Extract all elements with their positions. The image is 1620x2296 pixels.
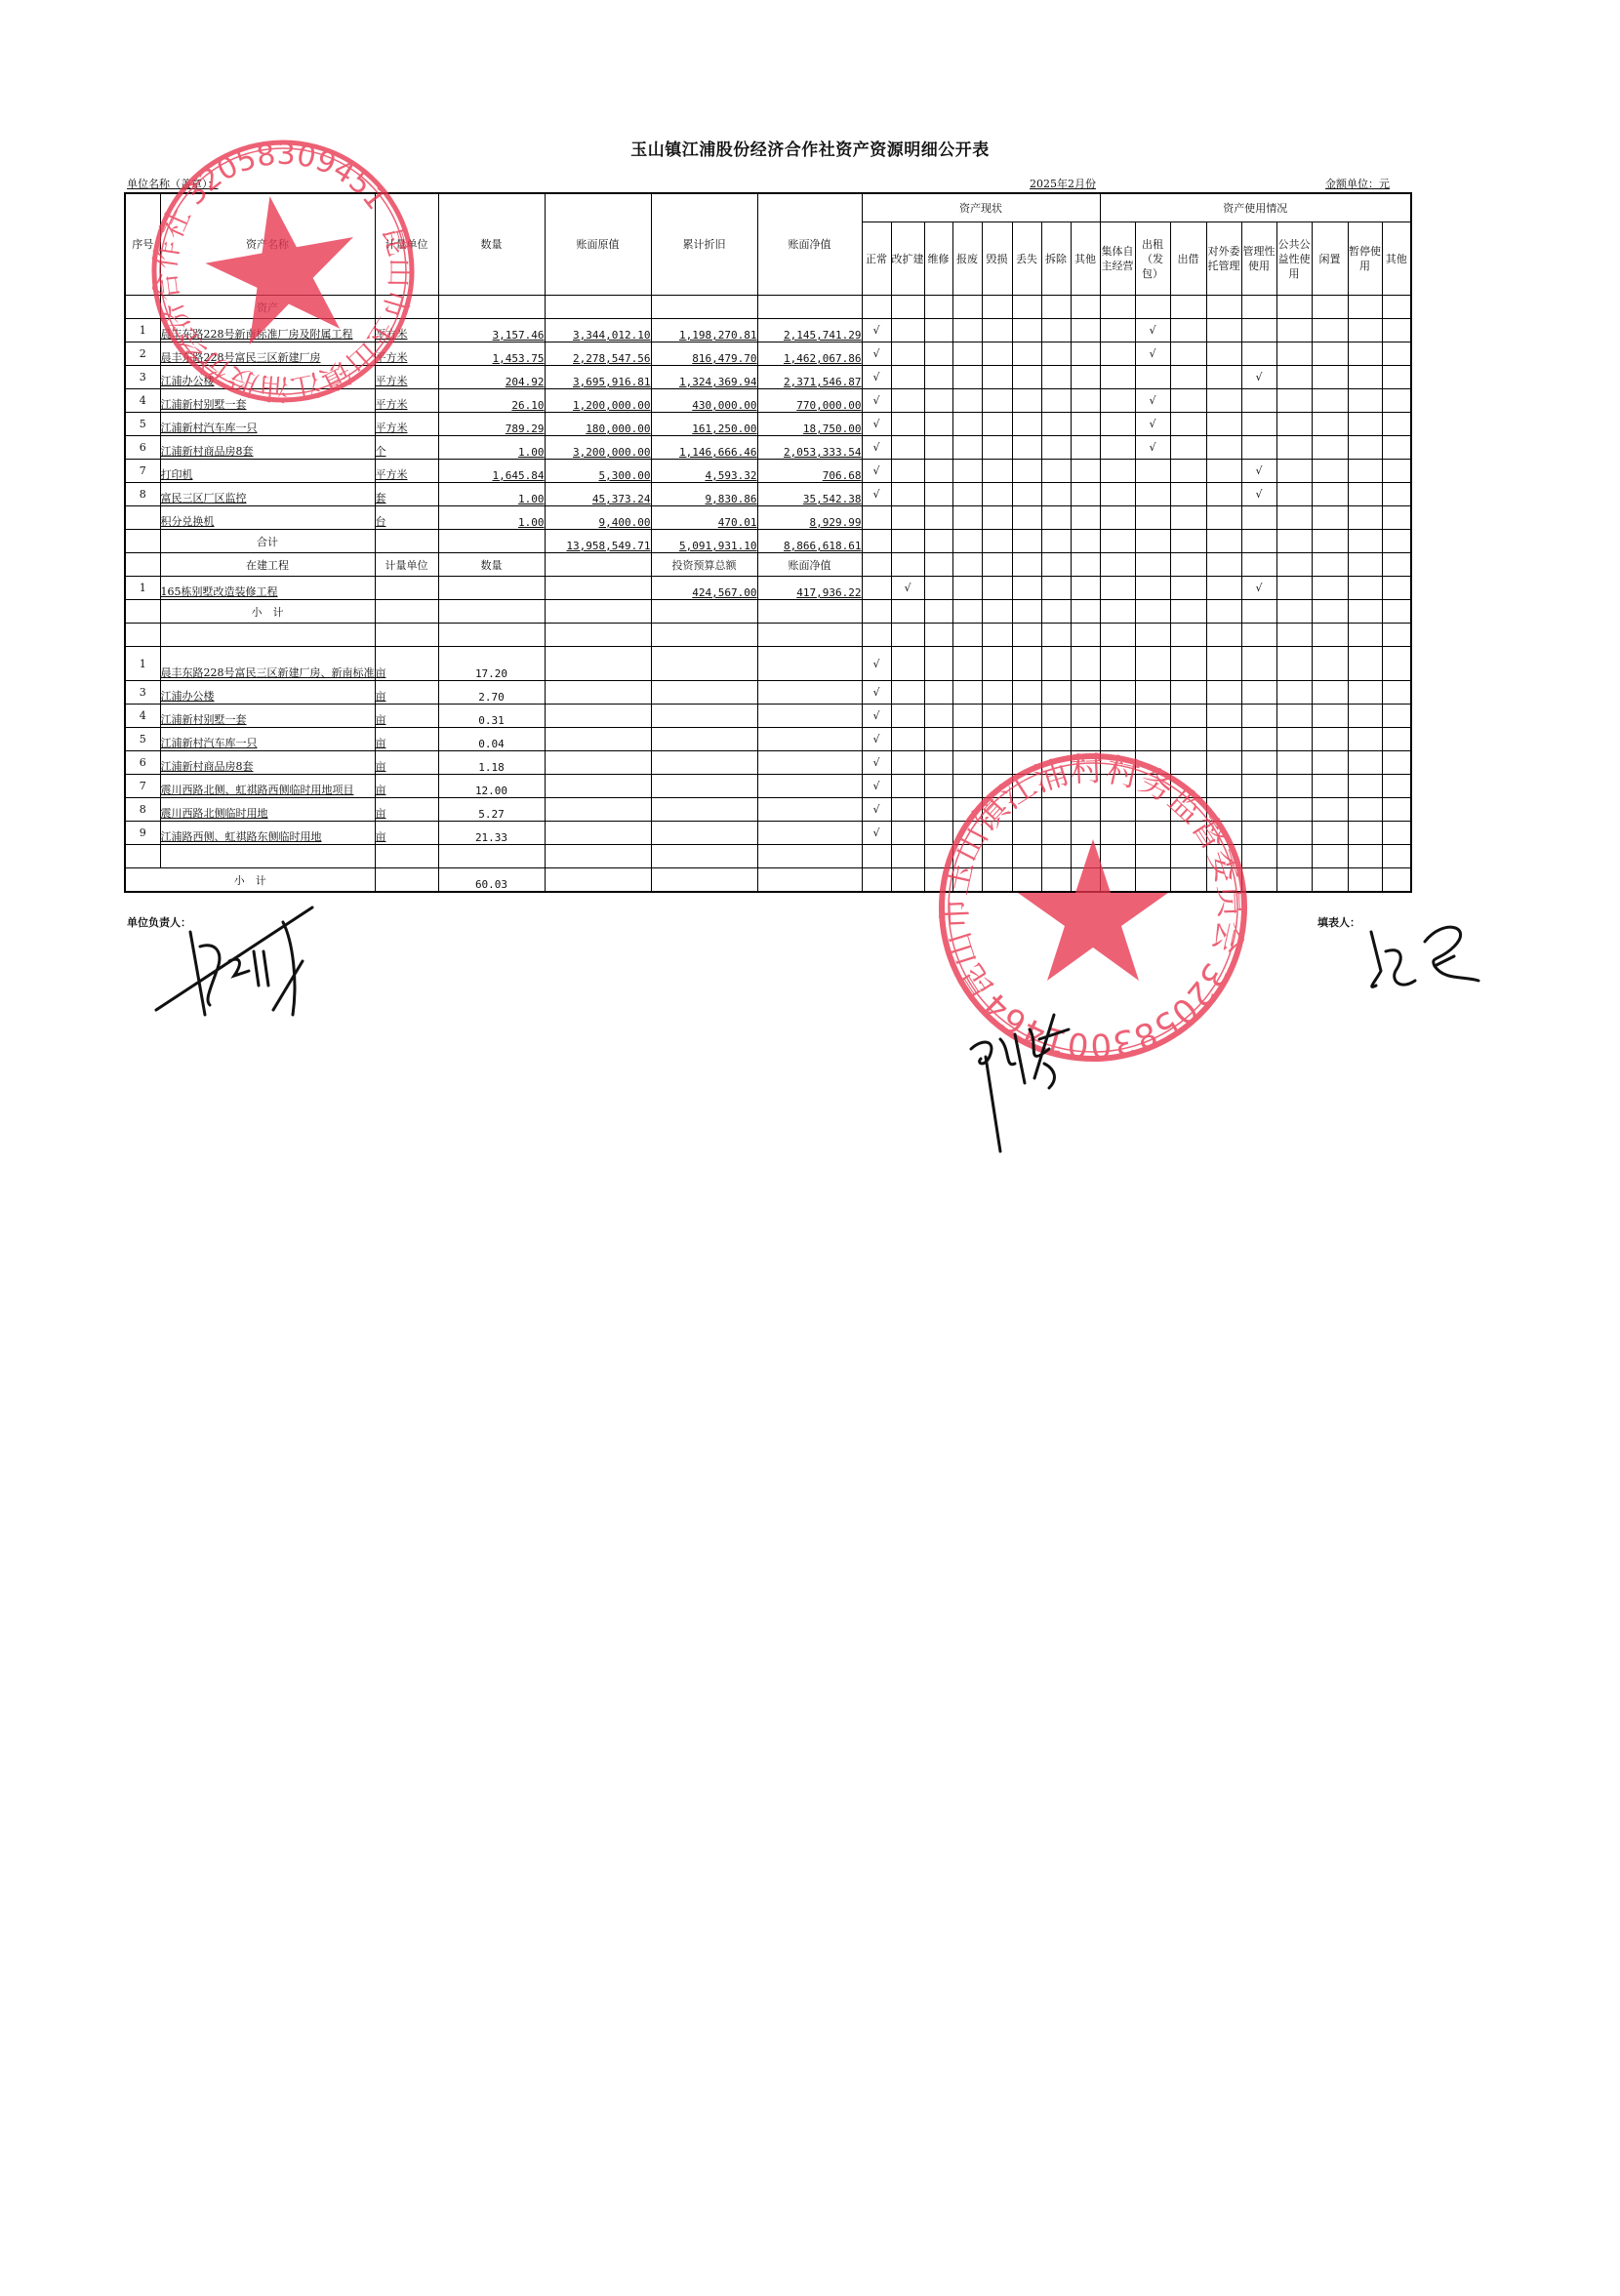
usage-check-cell [1170,436,1206,460]
usage-check-cell [1100,342,1135,366]
empty-cell [651,624,757,647]
empty-cell [438,600,545,624]
orig-value-cell: 3,200,000.00 [545,436,651,460]
qty-cell [438,577,545,600]
table-row: 3江浦办公楼亩2.70√ [125,681,1411,705]
usage-check-cell [1206,436,1241,460]
usage-check-cell [1241,822,1276,845]
table-body: 资产1晨丰东路228号新南标准厂房及附属工程平方米3,157.463,344,0… [125,296,1411,893]
status-check-cell [924,577,952,600]
orig-value-cell: 180,000.00 [545,413,651,436]
usage-check-cell [1100,728,1135,751]
unit-cell: 平方米 [375,460,438,483]
usage-check-cell [1206,389,1241,413]
usage-check-cell [1135,705,1170,728]
seq-cell: 7 [125,460,160,483]
depreciation-cell: 1,324,369.94 [651,366,757,389]
status-check-cell [1071,553,1100,577]
status-check-cell [952,506,982,530]
usage-check-cell [1382,530,1411,553]
usage-check-cell [1206,530,1241,553]
usage-check-cell [1276,822,1312,845]
empty-cell [375,624,438,647]
status-check-cell [924,436,952,460]
usage-check-cell [1348,506,1382,530]
usage-check-cell [1348,845,1382,868]
usage-check-cell [1170,681,1206,705]
empty-cell [651,822,757,845]
usage-check-cell [1135,296,1170,319]
seq-cell: 8 [125,798,160,822]
usage-check-cell [1241,319,1276,342]
status-check-cell [982,577,1012,600]
empty-cell [375,600,438,624]
status-check-cell [952,366,982,389]
usage-check-cell [1276,483,1312,506]
status-check-cell [952,460,982,483]
usage-check-cell [1312,751,1348,775]
usage-check-cell [1382,506,1411,530]
status-check-cell [982,624,1012,647]
status-check-cell [891,775,924,798]
status-check-cell [982,413,1012,436]
orig-value-cell: 3,695,916.81 [545,366,651,389]
empty-cell [160,624,375,647]
table-row: 7震川西路北侧、虹祺路西侧临时用地项目亩12.00√ [125,775,1411,798]
net-value-cell: 770,000.00 [757,389,862,413]
usage-check-cell [1382,366,1411,389]
usage-check-cell [1276,530,1312,553]
filler-signature [1357,912,1483,1000]
usage-check-cell [1276,681,1312,705]
status-check-cell: √ [862,822,891,845]
usage-check-cell [1312,775,1348,798]
table-row: 6江浦新村商品房8套个1.003,200,000.001,146,666.462… [125,436,1411,460]
status-check-cell [1071,868,1100,893]
usage-check-cell: √ [1135,436,1170,460]
status-check-cell [1012,577,1041,600]
status-check-cell [924,553,952,577]
usage-check-cell [1135,553,1170,577]
status-check-cell [891,530,924,553]
usage-check-cell [1312,506,1348,530]
depreciation-cell: 816,479.70 [651,342,757,366]
usage-check-cell [1100,845,1135,868]
empty-cell [651,751,757,775]
qty-cell: 1,645.84 [438,460,545,483]
status-check-cell [1041,647,1071,681]
usage-check-cell [1135,868,1170,893]
usage-check-cell [1312,483,1348,506]
status-check-cell [1041,436,1071,460]
usage-check-cell [1382,389,1411,413]
status-check-cell [1012,389,1041,413]
status-check-cell [1071,624,1100,647]
status-check-cell [982,822,1012,845]
empty-cell [125,624,160,647]
status-col-header: 正常 [862,222,891,296]
land-name-cell: 晨丰东路228号富民三区新建厂房、新南标准厂房及附属工程 [160,647,375,681]
usage-check-cell [1100,413,1135,436]
status-check-cell: √ [862,460,891,483]
status-col-header: 拆除 [1041,222,1071,296]
usage-check-cell [1100,530,1135,553]
usage-check-cell [1241,389,1276,413]
col-seq: 序号 [125,193,160,296]
qty-cell: 1.00 [438,436,545,460]
status-check-cell [862,577,891,600]
usage-check-cell [1276,436,1312,460]
status-check-cell [1041,530,1071,553]
usage-check-cell: √ [1241,577,1276,600]
seq-cell: 4 [125,389,160,413]
empty-cell [757,647,862,681]
status-check-cell [982,319,1012,342]
col-name: 资产名称 [160,193,375,296]
status-check-cell [1071,413,1100,436]
status-check-cell [924,647,952,681]
status-check-cell [1012,553,1041,577]
status-check-cell [891,705,924,728]
usage-check-cell [1348,600,1382,624]
status-check-cell [1041,775,1071,798]
empty-cell [757,845,862,868]
qty-cell: 21.33 [438,822,545,845]
usage-check-cell: √ [1135,389,1170,413]
status-check-cell [891,751,924,775]
usage-check-cell [1348,751,1382,775]
usage-check-cell [1206,319,1241,342]
qty-cell: 1.18 [438,751,545,775]
usage-check-cell [1348,577,1382,600]
status-check-cell [982,342,1012,366]
usage-check-cell [1241,775,1276,798]
usage-check-cell [1312,845,1348,868]
table-row: 小 计 [125,600,1411,624]
usage-check-cell [1312,413,1348,436]
usage-check-cell [1312,366,1348,389]
usage-check-cell [1241,436,1276,460]
usage-check-cell [1100,506,1135,530]
construction-budget-header: 投资预算总额 [651,553,757,577]
status-check-cell [1041,728,1071,751]
usage-check-cell [1206,296,1241,319]
unit-cell: 平方米 [375,366,438,389]
usage-check-cell [1348,483,1382,506]
net-value-cell: 706.68 [757,460,862,483]
usage-check-cell [1276,553,1312,577]
usage-check-cell [1135,600,1170,624]
status-check-cell [924,600,952,624]
status-col-header: 维修 [924,222,952,296]
status-check-cell [982,366,1012,389]
status-check-cell [1071,600,1100,624]
status-check-cell [924,483,952,506]
status-check-cell [952,798,982,822]
empty-cell [545,600,651,624]
empty-cell [125,845,160,868]
usage-check-cell [1135,751,1170,775]
usage-check-cell [1100,798,1135,822]
status-check-cell [891,624,924,647]
status-check-cell [982,751,1012,775]
usage-check-cell [1100,366,1135,389]
usage-check-cell [1170,460,1206,483]
usage-check-cell [1312,728,1348,751]
usage-check-cell [1100,624,1135,647]
status-check-cell [1071,389,1100,413]
usage-check-cell [1348,389,1382,413]
usage-check-cell [1135,775,1170,798]
status-check-cell [891,460,924,483]
col-unit: 计量单位 [375,193,438,296]
status-check-cell [982,296,1012,319]
status-check-cell [982,728,1012,751]
empty-cell [545,647,651,681]
usage-check-cell [1241,868,1276,893]
usage-check-cell [1241,553,1276,577]
usage-check-cell [1276,319,1312,342]
orig-value-cell: 3,344,012.10 [545,319,651,342]
empty-cell [757,600,862,624]
usage-check-cell [1100,319,1135,342]
table-row: 8富民三区厂区监控套1.0045,373.249,830.8635,542.38… [125,483,1411,506]
usage-check-cell [1276,296,1312,319]
usage-check-cell [1312,681,1348,705]
status-check-cell [924,728,952,751]
construction-qty-header: 数量 [438,553,545,577]
usage-col-header: 集体自主经营 [1100,222,1135,296]
status-check-cell [891,822,924,845]
status-check-cell [1071,296,1100,319]
usage-check-cell [1206,705,1241,728]
usage-check-cell [1135,728,1170,751]
empty-cell [757,681,862,705]
net-value-cell: 8,929.99 [757,506,862,530]
unit-cell: 平方米 [375,319,438,342]
usage-check-cell [1348,413,1382,436]
table-row: 4江浦新村别墅一套平方米26.101,200,000.00430,000.007… [125,389,1411,413]
usage-check-cell [1382,798,1411,822]
usage-check-cell [1135,845,1170,868]
usage-check-cell [1206,751,1241,775]
seq-cell: 6 [125,436,160,460]
table-row: 资产 [125,296,1411,319]
usage-check-cell [1312,342,1348,366]
empty-cell [757,822,862,845]
empty-cell [651,600,757,624]
usage-check-cell [1312,600,1348,624]
unit-cell: 平方米 [375,389,438,413]
status-check-cell [1041,577,1071,600]
table-row: 1晨丰东路228号富民三区新建厂房、新南标准厂房及附属工程亩17.20√ [125,647,1411,681]
qty-cell: 0.04 [438,728,545,751]
empty-cell [757,751,862,775]
status-check-cell [952,845,982,868]
usage-check-cell [1135,624,1170,647]
usage-check-cell [1206,798,1241,822]
status-check-cell [952,681,982,705]
seq-cell [125,506,160,530]
status-check-cell [924,822,952,845]
usage-check-cell [1348,868,1382,893]
usage-check-cell [1100,705,1135,728]
empty-cell [757,868,862,893]
seq-cell: 1 [125,577,160,600]
asset-name-cell: 江浦新村商品房8套 [160,436,375,460]
status-check-cell [862,624,891,647]
status-check-cell: √ [862,647,891,681]
seq-cell: 1 [125,647,160,681]
land-name-cell: 江浦办公楼 [160,681,375,705]
usage-check-cell [1100,822,1135,845]
empty-cell [545,296,651,319]
status-check-cell [1071,319,1100,342]
depreciation-cell: 1,146,666.46 [651,436,757,460]
status-check-cell [1012,868,1041,893]
status-check-cell [1041,413,1071,436]
usage-check-cell [1382,553,1411,577]
usage-check-cell [1312,319,1348,342]
usage-check-cell [1100,296,1135,319]
usage-check-cell [1382,296,1411,319]
construction-name-cell: 165栋别墅改造装修工程 [160,577,375,600]
usage-check-cell [1382,600,1411,624]
usage-check-cell [1348,296,1382,319]
status-check-cell [1012,413,1041,436]
usage-check-cell [1276,728,1312,751]
net-value-cell: 1,462,067.86 [757,342,862,366]
orig-value-cell: 5,300.00 [545,460,651,483]
usage-check-cell [1382,728,1411,751]
usage-check-cell [1206,775,1241,798]
usage-check-cell [1312,624,1348,647]
asset-name-cell: 富民三区厂区监控 [160,483,375,506]
usage-check-cell [1312,868,1348,893]
usage-check-cell [1276,647,1312,681]
status-check-cell [924,681,952,705]
usage-check-cell [1170,728,1206,751]
status-check-cell [1071,681,1100,705]
usage-check-cell [1312,798,1348,822]
usage-check-cell [1170,577,1206,600]
unit-cell [375,577,438,600]
usage-check-cell [1312,577,1348,600]
seq-cell: 5 [125,413,160,436]
usage-check-cell [1206,413,1241,436]
usage-check-cell [1241,530,1276,553]
usage-check-cell [1382,624,1411,647]
status-check-cell [1012,775,1041,798]
usage-check-cell [1312,822,1348,845]
status-check-cell [891,436,924,460]
status-check-cell [891,553,924,577]
status-check-cell [924,413,952,436]
status-check-cell [952,624,982,647]
usage-check-cell [1276,868,1312,893]
usage-check-cell [1135,506,1170,530]
currency-unit: 金额单位：元 [1325,176,1390,191]
usage-check-cell [1312,647,1348,681]
status-check-cell [982,530,1012,553]
status-check-cell [1012,296,1041,319]
table-row: 9江浦路西侧、虹祺路东侧临时用地亩21.33√ [125,822,1411,845]
usage-check-cell: √ [1135,413,1170,436]
usage-check-cell [1170,506,1206,530]
usage-check-cell [1348,775,1382,798]
depreciation-cell: 9,830.86 [651,483,757,506]
usage-check-cell [1348,553,1382,577]
status-check-cell [1041,460,1071,483]
status-check-cell [891,413,924,436]
unit-cell: 平方米 [375,342,438,366]
status-check-cell [891,319,924,342]
usage-check-cell [1135,366,1170,389]
status-check-cell [1012,366,1041,389]
col-depr: 累计折旧 [651,193,757,296]
usage-check-cell [1276,577,1312,600]
status-check-cell [982,798,1012,822]
status-check-cell [1071,460,1100,483]
empty-cell [651,296,757,319]
usage-check-cell: √ [1135,319,1170,342]
usage-group-header: 资产使用情况 [1100,193,1411,222]
status-check-cell: √ [862,775,891,798]
usage-check-cell [1170,483,1206,506]
empty-cell [545,705,651,728]
unit-cell: 亩 [375,647,438,681]
status-check-cell [1012,436,1041,460]
seq-cell [125,553,160,577]
status-check-cell [1012,647,1041,681]
asset-name-cell: 晨丰东路228号富民三区新建厂房 [160,342,375,366]
orig-value-cell: 1,200,000.00 [545,389,651,413]
table-row [125,845,1411,868]
land-name-cell: 震川西路北侧临时用地 [160,798,375,822]
empty-cell [651,728,757,751]
seq-cell: 8 [125,483,160,506]
usage-check-cell [1276,845,1312,868]
status-check-cell [1012,506,1041,530]
seq-cell [125,296,160,319]
empty-cell [757,705,862,728]
usage-check-cell [1135,530,1170,553]
status-check-cell [982,506,1012,530]
usage-check-cell [1348,647,1382,681]
status-check-cell [1012,483,1041,506]
land-name-cell: 江浦新村汽车库一只 [160,728,375,751]
status-check-cell [924,342,952,366]
empty-cell [651,868,757,893]
seq-cell: 9 [125,822,160,845]
status-check-cell [1012,681,1041,705]
usage-check-cell [1206,624,1241,647]
usage-check-cell [1382,822,1411,845]
status-check-cell [1012,319,1041,342]
status-check-cell [1012,600,1041,624]
empty-cell [545,868,651,893]
usage-col-header: 出租（发包） [1135,222,1170,296]
construction-net-header: 账面净值 [757,553,862,577]
empty-cell [757,296,862,319]
usage-col-header: 公共公益性使用 [1276,222,1312,296]
status-check-cell [1041,822,1071,845]
unit-name-label: 单位名称（盖章）： [127,176,219,191]
usage-check-cell [1348,624,1382,647]
status-check-cell [1041,342,1071,366]
usage-check-cell [1206,506,1241,530]
orig-value-cell: 9,400.00 [545,506,651,530]
